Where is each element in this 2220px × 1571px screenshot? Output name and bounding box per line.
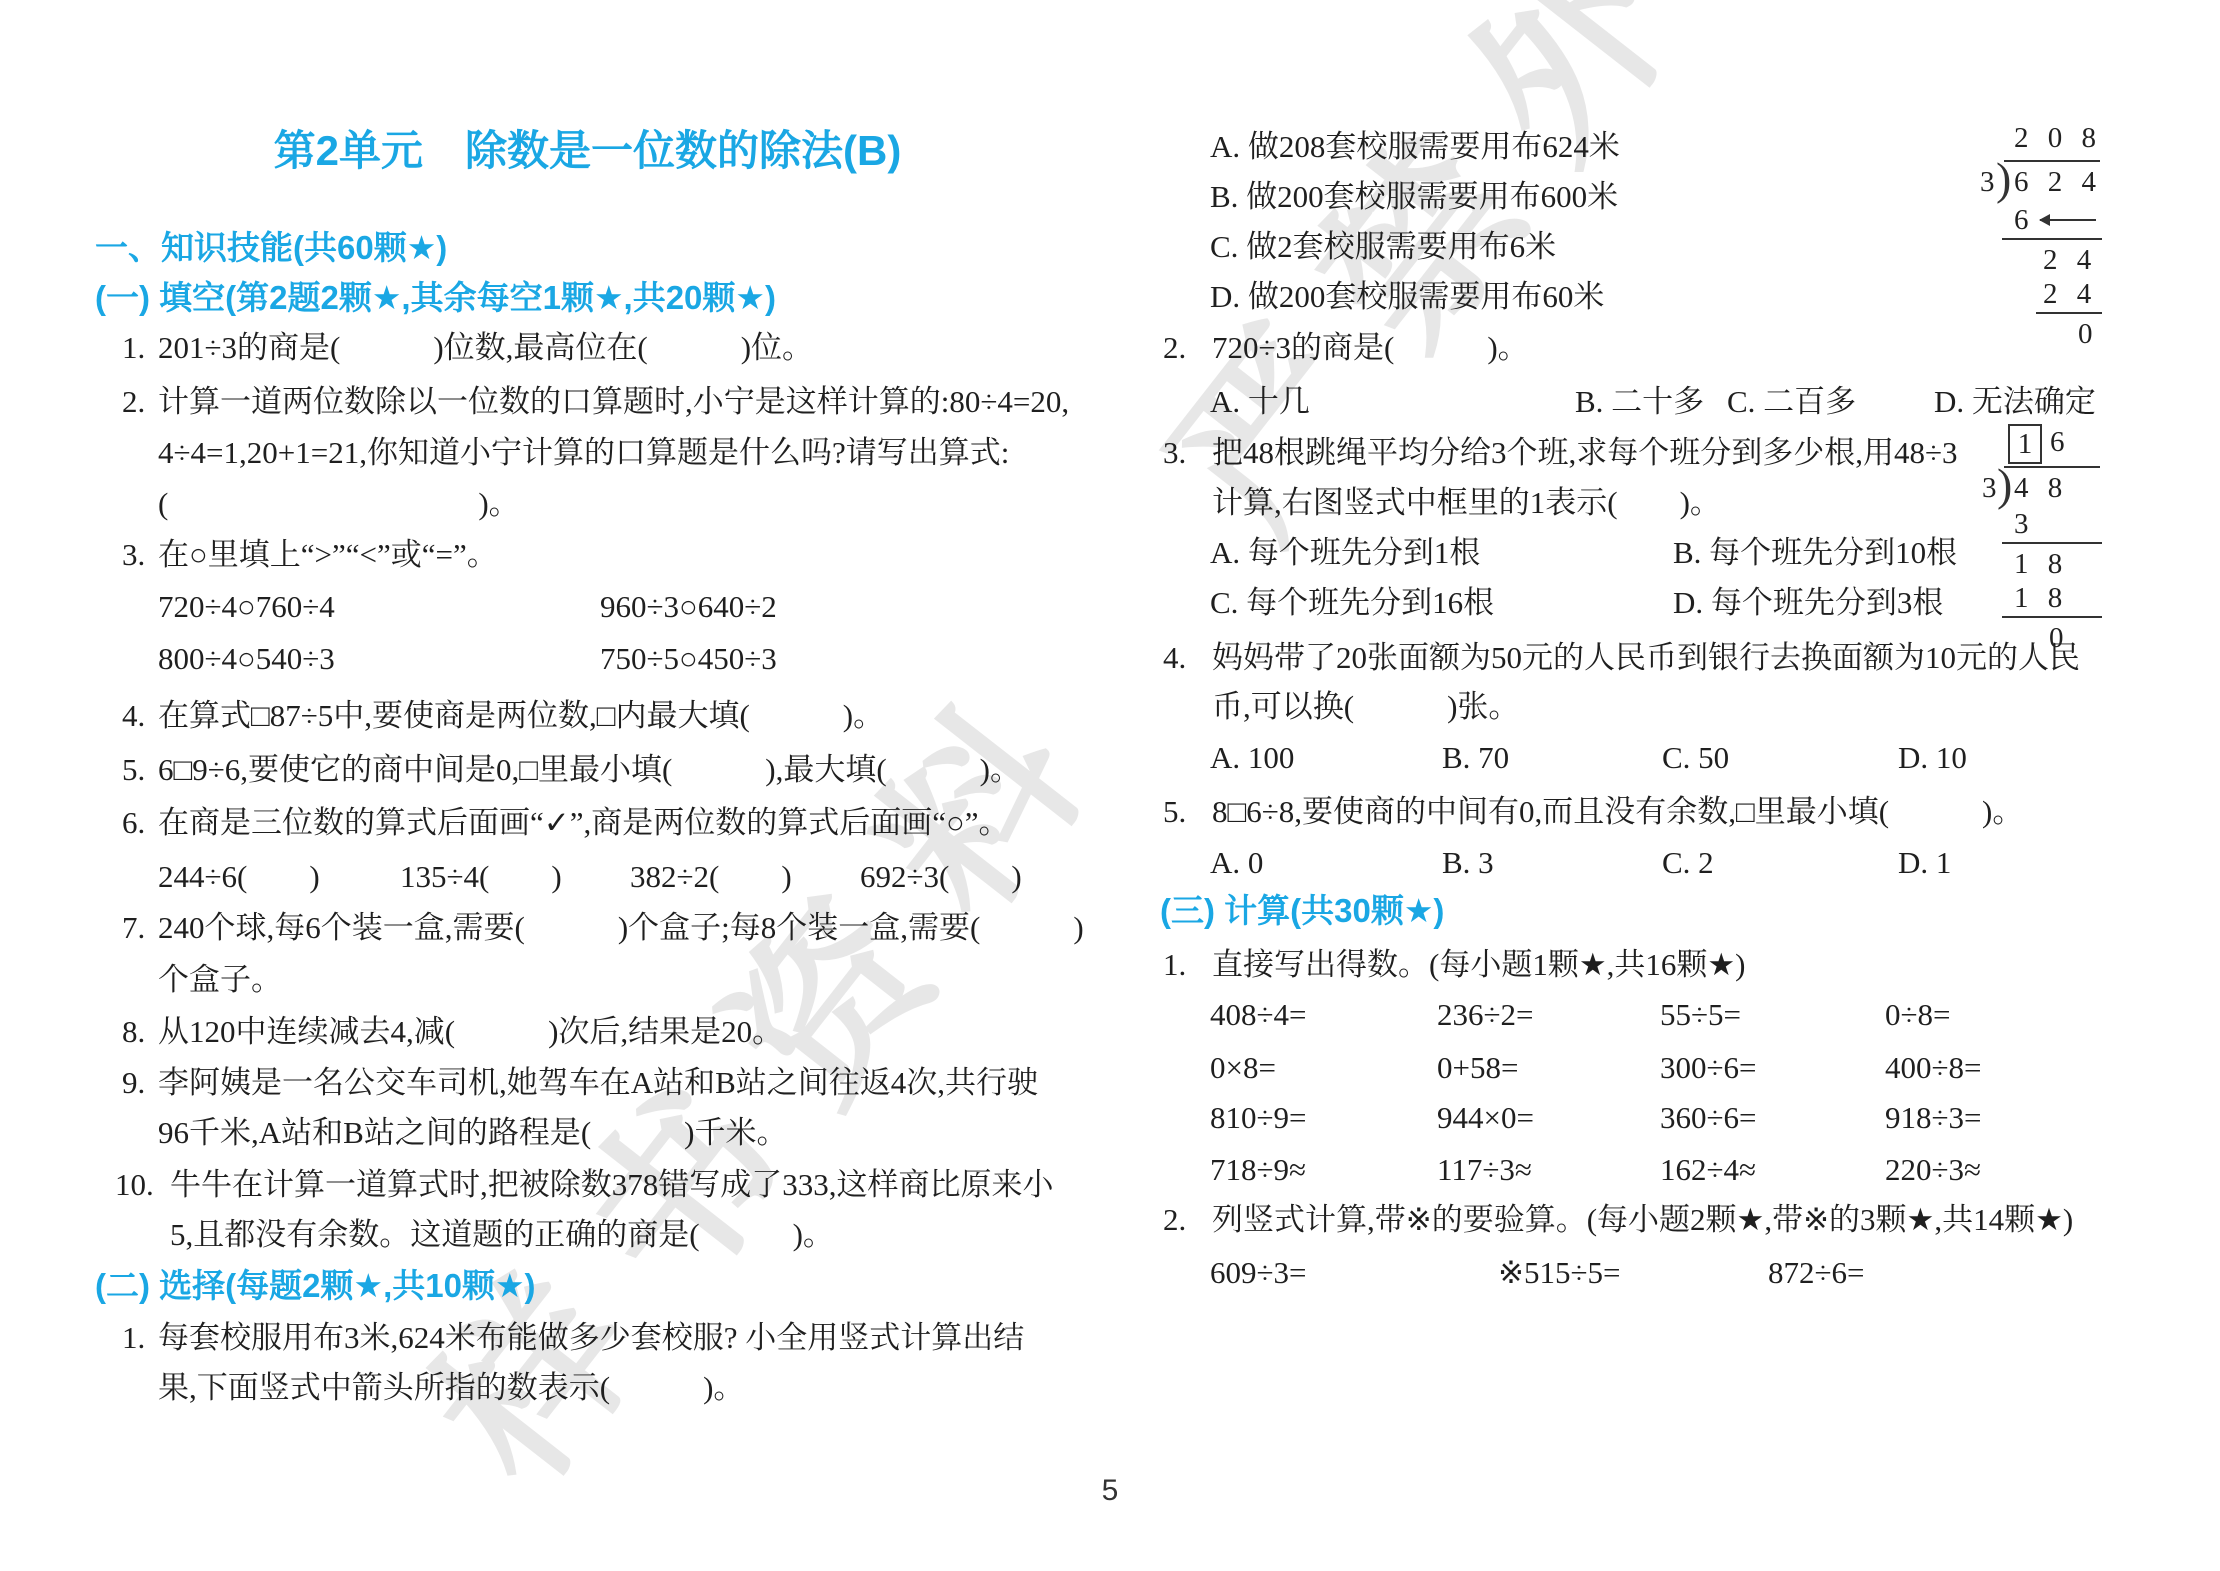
division-quotient-digit: 6 <box>2050 426 2071 458</box>
item-number: 3. <box>122 533 145 577</box>
division-line <box>2036 312 2102 314</box>
division-step: 6 <box>2014 204 2035 236</box>
choice-q1-option-a: A. 做208套校服需要用布624米 <box>1210 125 1620 169</box>
item-number: 9. <box>122 1061 145 1105</box>
fill-q3-compare-3: 800÷4○540÷3 <box>158 637 335 681</box>
calc-expr: 918÷3= <box>1885 1096 1982 1140</box>
division-quotient-boxed-digit: 1 <box>2018 428 2033 460</box>
fill-q9-line1: 李阿姨是一名公交车司机,她驾车在A站和B站之间往返4次,共行驶 <box>158 1061 1038 1105</box>
choice-q3-option-c: C. 每个班先分到16根 <box>1210 581 1494 625</box>
item-number: 1. <box>122 326 145 370</box>
choice-q3-option-a: A. 每个班先分到1根 <box>1210 531 1480 575</box>
subsection-heading-choice: (二) 选择(每题2颗★,共10颗★) <box>95 1263 536 1309</box>
section-heading-knowledge: 一、知识技能(共60颗★) <box>95 225 447 271</box>
division-dividend: 6 2 4 <box>2014 166 2102 198</box>
fill-q9-line2: 96千米,A站和B站之间的路程是( )千米。 <box>158 1111 787 1155</box>
item-number: 1. <box>122 1316 145 1360</box>
item-number: 2. <box>1163 1198 1186 1242</box>
choice-q5-text: 8□6÷8,要使商的中间有0,而且没有余数,□里最小填( )。 <box>1212 790 2023 834</box>
item-number: 2. <box>1163 326 1186 370</box>
subsection-heading-calc: (三) 计算(共30颗★) <box>1160 888 1444 934</box>
choice-q2-text: 720÷3的商是( )。 <box>1212 326 1529 370</box>
choice-q4-option-a: A. 100 <box>1210 736 1294 780</box>
fill-q6-expr-3: 382÷2( ) <box>630 855 792 899</box>
calc-q2-text: 列竖式计算,带※的要验算。(每小题2颗★,带※的3颗★,共14颗★) <box>1212 1198 2073 1242</box>
calc-expr: 162÷4≈ <box>1660 1148 1756 1192</box>
division-line <box>2002 616 2102 618</box>
fill-q6-expr-2: 135÷4( ) <box>400 855 562 899</box>
choice-q4-line1: 妈妈带了20张面额为50元的人民币到银行去换面额为10元的人民 <box>1212 636 2080 680</box>
division-remainder: 2 4 <box>2043 244 2097 276</box>
fill-q5-text: 6□9÷6,要使它的商中间是0,□里最小填( ),最大填( )。 <box>158 748 1021 792</box>
calc-expr: 300÷6= <box>1660 1046 1757 1090</box>
choice-q2-option-a: A. 十几 <box>1210 380 1310 424</box>
fill-q7-line1: 240个球,每6个装一盒,需要( )个盒子;每8个装一盒,需要( ) <box>158 906 1084 950</box>
choice-q4-option-b: B. 70 <box>1442 736 1509 780</box>
choice-q5-option-b: B. 3 <box>1442 841 1494 885</box>
choice-q4-option-d: D. 10 <box>1898 736 1967 780</box>
arrow-left-icon <box>2040 219 2096 221</box>
calc-expr: 718÷9≈ <box>1210 1148 1306 1192</box>
division-line <box>2002 238 2102 240</box>
calc-expr: 810÷9= <box>1210 1096 1307 1140</box>
fill-q4-text: 在算式□87÷5中,要使商是两位数,□内最大填( )。 <box>158 694 884 738</box>
fill-q10-line2: 5,且都没有余数。这道题的正确的商是( )。 <box>170 1213 834 1257</box>
division-line <box>2002 542 2102 544</box>
item-number: 10. <box>115 1163 154 1207</box>
choice-q3-option-d: D. 每个班先分到3根 <box>1673 581 1943 625</box>
item-number: 6. <box>122 801 145 845</box>
fill-q8-text: 从120中连续减去4,减( )次后,结果是20。 <box>158 1010 783 1054</box>
item-number: 5. <box>122 748 145 792</box>
choice-q2-option-d: D. 无法确定 <box>1934 380 2096 424</box>
page-number: 5 <box>1060 1474 1160 1508</box>
division-quotient-box: 1 <box>2008 424 2042 464</box>
fill-q2-blank: ( )。 <box>158 482 520 526</box>
calc-expr: 55÷5= <box>1660 993 1741 1037</box>
division-vinculum <box>2004 160 2100 162</box>
subsection-heading-fill: (一) 填空(第2题2颗★,其余每空1颗★,共20颗★) <box>95 275 776 321</box>
choice-q1-line1: 每套校服用布3米,624米布能做多少套校服? 小全用竖式计算出结 <box>158 1316 1024 1360</box>
item-number: 1. <box>1163 943 1186 987</box>
fill-q2-line1: 计算一道两位数除以一位数的口算题时,小宁是这样计算的:80÷4=20, <box>158 380 1069 424</box>
item-number: 7. <box>122 906 145 950</box>
division-vinculum <box>2004 466 2100 468</box>
division-dividend: 4 8 <box>2014 472 2068 504</box>
calc-expr: 408÷4= <box>1210 993 1307 1037</box>
item-number: 2. <box>122 380 145 424</box>
division-step: 3 <box>2014 508 2035 540</box>
long-division-figure-624: 2 0 8 3 ) 6 2 4 6 2 4 2 4 0 <box>1980 122 2120 352</box>
calc-expr: 0+58= <box>1437 1046 1518 1090</box>
fill-q6-expr-4: 692÷3( ) <box>860 855 1022 899</box>
fill-q3-text: 在○里填上“>”“<”或“=”。 <box>158 533 498 577</box>
division-bracket: ) <box>1997 462 2012 508</box>
choice-q4-line2: 币,可以换( )张。 <box>1212 685 1519 729</box>
long-division-figure-48: 1 6 3 ) 4 8 3 1 8 1 8 0 <box>1982 424 2122 654</box>
choice-q5-option-d: D. 1 <box>1898 841 1951 885</box>
item-number: 3. <box>1163 431 1186 475</box>
choice-q3-option-b: B. 每个班先分到10根 <box>1673 531 1957 575</box>
item-number: 4. <box>122 694 145 738</box>
choice-q1-line2: 果,下面竖式中箭头所指的数表示( )。 <box>158 1366 744 1410</box>
choice-q5-option-c: C. 2 <box>1662 841 1714 885</box>
fill-q3-compare-4: 750÷5○450÷3 <box>600 637 777 681</box>
calc-expr: 0×8= <box>1210 1046 1276 1090</box>
calc-vertical-expr-1: 609÷3= <box>1210 1251 1307 1295</box>
fill-q6-expr-1: 244÷6( ) <box>158 855 320 899</box>
calc-expr: 360÷6= <box>1660 1096 1757 1140</box>
calc-expr: 236÷2= <box>1437 993 1534 1037</box>
division-result: 0 <box>2049 622 2070 654</box>
item-number: 8. <box>122 1010 145 1054</box>
fill-q3-compare-2: 960÷3○640÷2 <box>600 585 777 629</box>
worksheet-page: 样书资料 严禁外传 第2单元 除数是一位数的除法(B) 一、知识技能(共60颗★… <box>0 0 2220 1571</box>
choice-q2-option-b: B. 二十多 <box>1575 380 1704 424</box>
division-remainder: 1 8 <box>2014 548 2068 580</box>
fill-q2-line2: 4÷4=1,20+1=21,你知道小宁计算的口算题是什么吗?请写出算式: <box>158 431 1009 475</box>
calc-vertical-expr-2: ※515÷5= <box>1498 1251 1620 1295</box>
page-title: 第2单元 除数是一位数的除法(B) <box>95 118 1080 178</box>
item-number: 5. <box>1163 790 1186 834</box>
choice-q3-line2: 计算,右图竖式中框里的1表示( )。 <box>1212 481 1721 525</box>
fill-q7-line2: 个盒子。 <box>158 958 282 1002</box>
calc-expr: 0÷8= <box>1885 993 1951 1037</box>
division-quotient: 2 0 8 <box>2014 122 2102 154</box>
choice-q1-option-c: C. 做2套校服需要用布6米 <box>1210 225 1556 269</box>
division-step: 2 4 <box>2043 278 2097 310</box>
calc-expr: 117÷3≈ <box>1437 1148 1532 1192</box>
choice-q4-option-c: C. 50 <box>1662 736 1729 780</box>
division-result: 0 <box>2078 318 2099 350</box>
choice-q1-option-d: D. 做200套校服需要用布60米 <box>1210 275 1604 319</box>
division-bracket: ) <box>1996 156 2011 202</box>
division-step: 1 8 <box>2014 582 2068 614</box>
choice-q1-option-b: B. 做200套校服需要用布600米 <box>1210 175 1618 219</box>
fill-q10-line1: 牛牛在计算一道算式时,把被除数378错写成了333,这样商比原来小 <box>170 1163 1054 1207</box>
calc-expr: 220÷3≈ <box>1885 1148 1981 1192</box>
choice-q3-line1: 把48根跳绳平均分给3个班,求每个班分到多少根,用48÷3 <box>1212 431 1958 475</box>
fill-q6-text: 在商是三位数的算式后面画“✓”,商是两位数的算式后面画“○”。 <box>158 801 1009 845</box>
calc-expr: 400÷8= <box>1885 1046 1982 1090</box>
fill-q3-compare-1: 720÷4○760÷4 <box>158 585 335 629</box>
item-number: 4. <box>1163 636 1186 680</box>
choice-q5-option-a: A. 0 <box>1210 841 1263 885</box>
calc-vertical-expr-3: 872÷6= <box>1768 1251 1865 1295</box>
calc-expr: 944×0= <box>1437 1096 1534 1140</box>
calc-q1-text: 直接写出得数。(每小题1颗★,共16颗★) <box>1212 943 1745 987</box>
choice-q2-option-c: C. 二百多 <box>1727 380 1856 424</box>
fill-q1-text: 201÷3的商是( )位数,最高位在( )位。 <box>158 326 813 370</box>
